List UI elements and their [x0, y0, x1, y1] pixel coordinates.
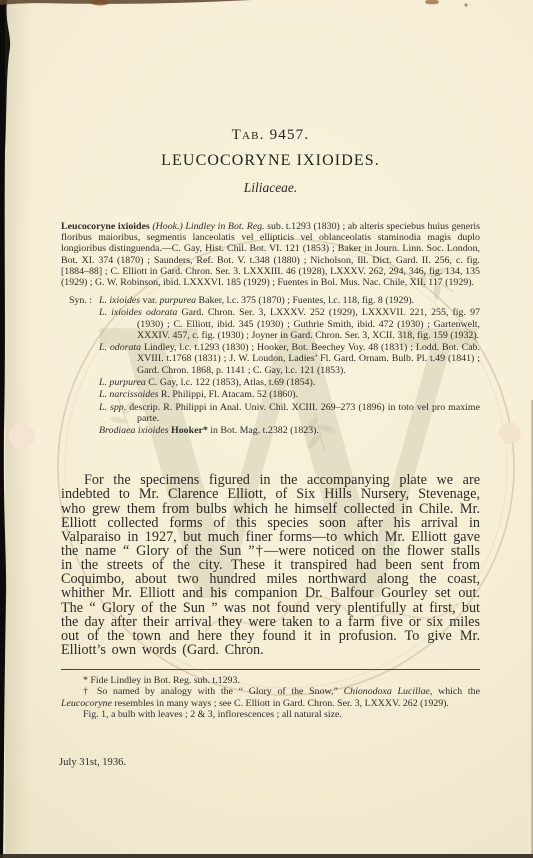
- footnotes-section: * Fide Lindley in Bot. Reg. sub. t.1293.…: [61, 675, 480, 720]
- synonymy-entry: Brodiaea ixioides Hooker* in Bot. Mag. t…: [61, 425, 480, 436]
- synonymy-entry: L. odorata Lindley, l.c. t.1293 (1830) ;…: [61, 342, 480, 376]
- body-paragraph: For the specimens figured in the accompa…: [61, 473, 480, 657]
- synonymy-entry: Syn. :L. ixioides var. purpurea Baker, l…: [61, 295, 480, 306]
- left-scan-edge: [0, 0, 10, 858]
- synonymy-label: Syn. :: [69, 295, 92, 306]
- footnote-dagger: † So named by analogy with the “ Glory o…: [61, 686, 480, 709]
- page-content: Tab. 9457. LEUCOCORYNE IXIOIDES. Liliace…: [61, 0, 480, 858]
- species-title: LEUCOCORYNE IXIOIDES.: [61, 152, 480, 170]
- figure-caption: Fig. 1, a bulb with leaves ; 2 & 3, infl…: [61, 709, 480, 720]
- footnote-asterisk: * Fide Lindley in Bot. Reg. sub. t.1293.: [61, 675, 480, 686]
- right-margin-dot: [499, 422, 521, 444]
- synonymy-entry: L. narcissoides R. Philippi, Fl. Atacam.…: [61, 389, 480, 400]
- synonymy-entry: L. spp. descrip. R. Philippi in Anal. Un…: [61, 402, 480, 425]
- publication-date: July 31st, 1936.: [59, 757, 126, 768]
- left-margin-shadow: [5, 0, 31, 858]
- scanned-page: W: [0, 0, 533, 858]
- tab-number: Tab. 9457.: [61, 127, 480, 144]
- synonymy-section: Syn. :L. ixioides var. purpurea Baker, l…: [61, 295, 480, 438]
- nomenclature-paragraph: Leucocoryne ixioides (Hook.) Lindley in …: [61, 221, 480, 289]
- synonymy-entry: L. purpurea C. Gay, l.c. 122 (1853), Atl…: [61, 377, 480, 388]
- footnote-divider: [61, 669, 480, 670]
- family-name: Liliaceae.: [61, 180, 480, 196]
- left-margin-dot: [9, 423, 35, 449]
- synonymy-entry: L. ixioides odorata Gard. Chron. Ser. 3,…: [61, 307, 480, 341]
